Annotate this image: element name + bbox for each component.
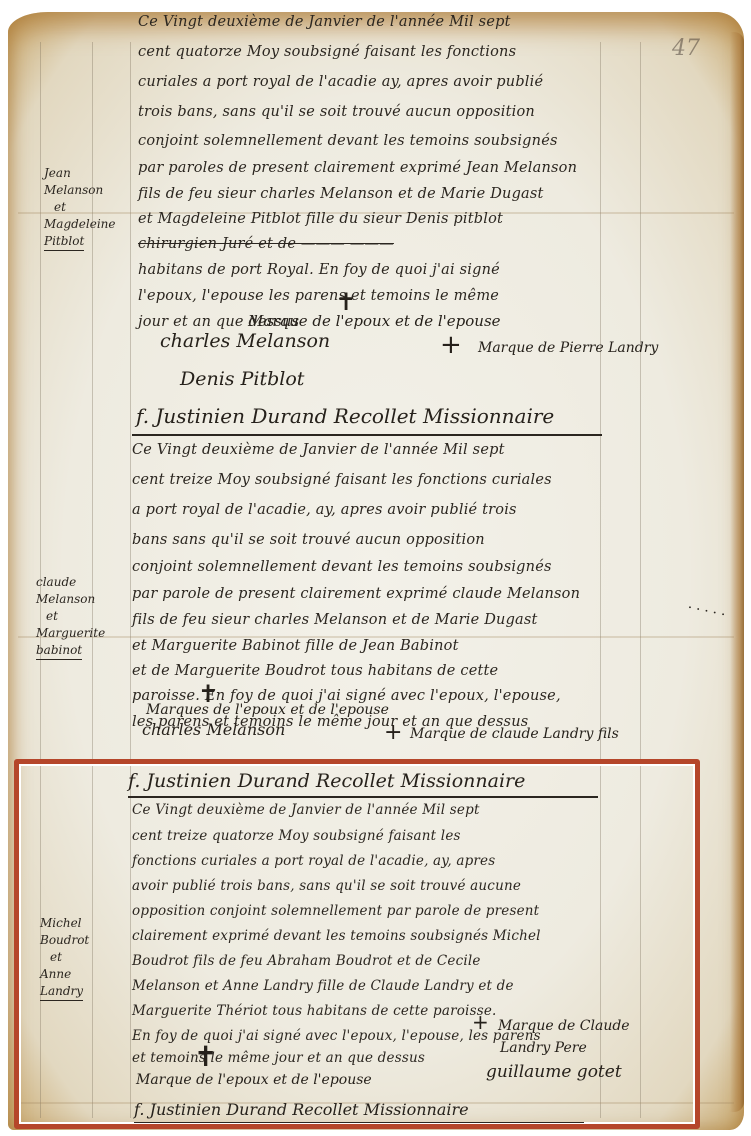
entry-line: cent treize Moy soubsigné faisant les fo… xyxy=(132,472,552,488)
signature: charles Melanson xyxy=(160,330,330,352)
entry-line: fils de feu sieur charles Melanson et de… xyxy=(138,186,544,202)
margin-note-entry-3: Michel Boudrot et Anne Landry xyxy=(40,915,89,1001)
divider xyxy=(134,1122,584,1123)
margin-name: Michel xyxy=(40,915,89,932)
marks-line: Marque de l'epoux et de l'epouse xyxy=(136,1072,372,1088)
cross-mark-icon: + xyxy=(440,330,462,360)
entry-line: habitans de port Royal. En foy de quoi j… xyxy=(138,262,500,278)
entry-line: Ce Vingt deuxième de Janvier de l'année … xyxy=(138,14,511,30)
entry-line: et Magdeleine Pitblot fille du sieur Den… xyxy=(138,211,503,227)
divider xyxy=(128,796,598,798)
mark-signature: Landry Pere xyxy=(500,1040,587,1056)
marks-line: Marques de l'epoux et de l'epouse xyxy=(146,702,389,718)
entry-line: et temoins le même jour et an que dessus xyxy=(132,1050,425,1066)
entry-line: opposition conjoint solemnellement par p… xyxy=(132,903,539,919)
entry-line: Ce Vingt deuxième de Janvier de l'année … xyxy=(132,802,480,818)
entry-line: a port royal de l'acadie, ay, apres avoi… xyxy=(132,502,517,518)
cross-mark-icon: ✝ xyxy=(194,1040,217,1073)
margin-name: Magdeleine xyxy=(44,216,116,233)
margin-note-entry-2: claude Melanson et Marguerite babinot xyxy=(36,574,105,660)
margin-name: claude xyxy=(36,574,105,591)
officiant-signature: f. Justinien Durand Recollet Missionnair… xyxy=(136,404,554,428)
entry-line: conjoint solemnellement devant les temoi… xyxy=(132,559,552,575)
margin-name: Pitblot xyxy=(44,233,84,251)
margin-name: Melanson xyxy=(36,591,105,608)
mark-signature: Marque de Claude xyxy=(498,1018,630,1034)
cross-mark-icon: + xyxy=(384,720,402,745)
entry-line: trois bans, sans qu'il se soit trouvé au… xyxy=(138,104,535,120)
signature: Denis Pitblot xyxy=(180,368,304,390)
margin-name: Boudrot xyxy=(40,932,89,949)
signature: guillaume gotet xyxy=(486,1062,622,1082)
entry-line: par parole de present clairement exprimé… xyxy=(132,586,580,602)
page-number: 47 xyxy=(672,36,700,61)
entry-line: Ce Vingt deuxième de Janvier de l'année … xyxy=(132,442,505,458)
entry-line: l'epoux, l'epouse les parens et temoins … xyxy=(138,288,499,304)
entry-line: Melanson et Anne Landry fille de Claude … xyxy=(132,978,514,994)
margin-note-entry-1: Jean Melanson et Magdeleine Pitblot xyxy=(44,165,116,251)
margin-conj: et xyxy=(44,199,116,216)
margin-name: Jean xyxy=(44,165,116,182)
margin-name: Anne xyxy=(40,966,89,983)
officiant-signature: f. Justinien Durand Recollet Missionnair… xyxy=(134,1100,469,1119)
cross-mark-icon: + xyxy=(472,1010,489,1034)
entry-line: et de Marguerite Boudrot tous habitans d… xyxy=(132,663,498,679)
entry-line: cent quatorze Moy soubsigné faisant les … xyxy=(138,44,516,60)
mark-signature: Marque de Pierre Landry xyxy=(478,340,658,356)
entry-line: avoir publié trois bans, sans qu'il se s… xyxy=(132,878,521,894)
entry-line: bans sans qu'il se soit trouvé aucun opp… xyxy=(132,532,485,548)
entry-line-struck: chirurgien Juré et de ——— ——— xyxy=(138,236,394,252)
marks-line: Marque de l'epoux et de l'epouse xyxy=(248,312,501,330)
entry-line: curiales a port royal de l'acadie ay, ap… xyxy=(138,74,543,90)
signature: charles Melanson xyxy=(142,720,285,739)
margin-name: Melanson xyxy=(44,182,116,199)
entry-line: et Marguerite Babinot fille de Jean Babi… xyxy=(132,638,459,654)
entry-line: fonctions curiales a port royal de l'aca… xyxy=(132,853,495,869)
entry-line: clairement exprimé devant les temoins so… xyxy=(132,928,541,944)
divider xyxy=(132,434,602,436)
entry-line: cent treize quatorze Moy soubsigné faisa… xyxy=(132,828,461,844)
entry-line: Boudrot fils de feu Abraham Boudrot et d… xyxy=(132,953,481,969)
margin-name: Marguerite xyxy=(36,625,105,642)
officiant-signature: f. Justinien Durand Recollet Missionnair… xyxy=(128,770,525,792)
margin-conj: et xyxy=(40,949,89,966)
margin-conj: et xyxy=(36,608,105,625)
margin-name: babinot xyxy=(36,642,82,660)
entry-line: conjoint solemnellement devant les temoi… xyxy=(138,133,558,149)
margin-name: Landry xyxy=(40,983,83,1001)
mark-signature: Marque de claude Landry fils xyxy=(410,726,619,742)
entry-line: Marguerite Thériot tous habitans de cett… xyxy=(132,1003,497,1019)
entry-line: fils de feu sieur charles Melanson et de… xyxy=(132,612,538,628)
entry-line: par paroles de present clairement exprim… xyxy=(138,160,577,176)
